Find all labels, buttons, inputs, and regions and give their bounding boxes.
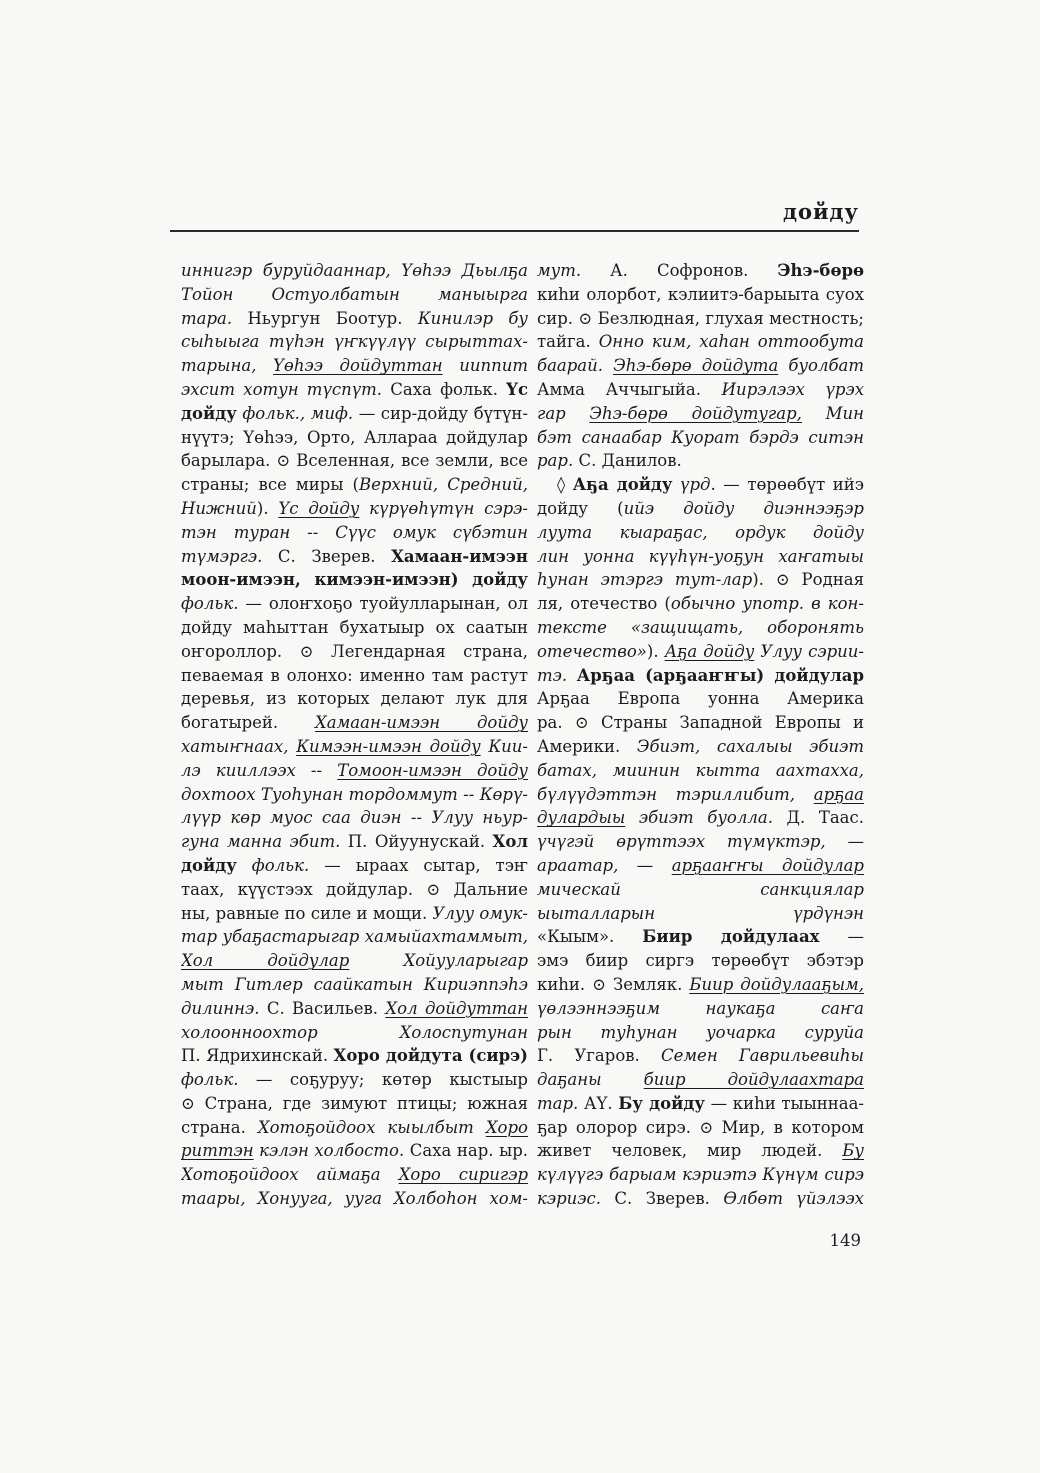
- cited-phrase: Хоро сиригэр: [399, 1165, 528, 1184]
- text-line: барылара. ⊙ Вселенная, все земли, все: [181, 449, 528, 473]
- text-segment: хатыҥнаах,: [181, 737, 296, 756]
- text-line: рын туһунан уочарка суруйа кэллим.: [537, 1021, 864, 1045]
- text-line: дойду (ийэ дойду диэннээҕэр туттул-: [537, 497, 864, 521]
- text-segment: П. Ядрихинскай.: [181, 1046, 334, 1065]
- text-segment: отечество»: [537, 642, 647, 661]
- text-line: ⊙ Страна, где зимуют птицы; южная: [181, 1092, 528, 1116]
- header-rule: [170, 230, 859, 232]
- text-line: дохтоох Туоһунан тордоммут -- Көрү-: [181, 783, 528, 807]
- text-segment: деревья, из которых делают лук для: [181, 689, 528, 708]
- text-line: тара. Ньургун Боотур. Кинилэр бу алаас: [181, 307, 528, 331]
- text-segment: П. Ойуунускай.: [340, 832, 492, 851]
- headword: Арҕаа (арҕааҥҥы) дойдулар: [577, 666, 864, 685]
- text-segment: тара.: [181, 309, 232, 328]
- text-segment: лүүр көр муос саа диэн -- Улуу ньур-: [181, 808, 528, 827]
- cited-phrase: Хол дойдулар: [181, 951, 349, 970]
- text-segment: певаемая в олонхо: именно там растут: [181, 666, 528, 685]
- text-line: таары, Хонууга, ууга Холбоһон хом-: [181, 1187, 528, 1211]
- text-line: батах, миинин кытта аахтахха, биэс: [537, 759, 864, 783]
- text-segment: күлүүгэ барыам кэриэтэ Күнүм сирэ: [537, 1165, 864, 1184]
- text-line: мут. А. Софронов. Эһэ-бөрө дойдута —: [537, 259, 864, 283]
- text-line: лин уонна күүһүн-уоҕун хаҥатыы ту-: [537, 545, 864, 569]
- text-line: эхсит хотун түспүт. Саха фольк. Үс: [181, 378, 528, 402]
- text-line: живет человек, мир людей. Бу дойдуга: [537, 1139, 864, 1163]
- text-segment: тар.: [537, 1094, 578, 1113]
- text-segment: Ньургун Боотур.: [232, 309, 418, 328]
- text-segment: «Кыым».: [537, 927, 642, 946]
- text-segment: барылара. ⊙ Вселенная, все земли, все: [181, 451, 528, 470]
- text-segment: киһи олорбот, кэлиитэ-барыыта суох түҥ: [537, 285, 864, 307]
- text-segment: Тойон Остуолбатын маныырга ыйбыт-: [181, 285, 528, 307]
- text-segment: — төрөөбүт ийэ: [716, 475, 864, 494]
- headword: Үс: [506, 380, 528, 399]
- text-line: һунан этэргэ тут-лар). ⊙ Родная зем-: [537, 568, 864, 592]
- text-line: мыт Гитлер саайкатын Кириэппэһэ кэр-: [181, 973, 528, 997]
- right-column: мут. А. Софронов. Эһэ-бөрө дойдута —киһи…: [537, 259, 864, 1211]
- text-segment: Хотоҕойдоох кыылбыт: [258, 1118, 486, 1137]
- text-segment: ).: [647, 642, 665, 661]
- text-segment: кэриэс.: [537, 1189, 601, 1208]
- text-line: тар убаҕастарыгар хамыйахтаммыт,: [181, 925, 528, 949]
- text-line: дилиннэ. С. Васильев. Хол дойдуттан: [181, 997, 528, 1021]
- text-segment: сир. ⊙ Безлюдная, глухая местность;: [537, 309, 864, 328]
- text-segment: обычно употр. в кон-: [671, 594, 864, 613]
- headword: Биир дойдулаах: [642, 927, 819, 946]
- headword: дойду: [181, 856, 237, 875]
- text-segment: А. Софронов.: [581, 261, 777, 280]
- text-segment: лэ кииллээх --: [181, 761, 337, 780]
- text-line: киһи олорбот, кэлиитэ-барыыта суох түҥ: [537, 283, 864, 307]
- text-line: Хотоҕойдоох аймаҕа Хоро сиригэр куо-: [181, 1163, 528, 1187]
- text-line: риттэн кэлэн холбосто. Саха нар. ыр. II.: [181, 1139, 528, 1163]
- text-segment: Онно ким, хаһан оттообута: [599, 332, 864, 351]
- text-segment: фольк.: [181, 1070, 238, 1089]
- cited-phrase: Эһэ-бөрө дойдутугар,: [589, 404, 802, 423]
- text-segment: С. Зверев.: [601, 1189, 723, 1208]
- text-line: дулардыы эбиэт буолла. Д. Таас. «Бу: [537, 806, 864, 830]
- text-segment: мическай санкциялар бэлиитикэлэрин: [537, 880, 864, 902]
- text-segment: тэн туран -- Сүүс омук сүбэтин: [181, 523, 528, 542]
- text-line: тэ. Арҕаа (арҕааҥҥы) дойдулар —: [537, 664, 864, 688]
- text-segment: Саха фольк.: [382, 380, 506, 399]
- text-line: рар. С. Данилов.: [537, 449, 864, 473]
- headword: Бу дойду: [618, 1094, 705, 1113]
- text-segment: страны; все миры (: [181, 475, 359, 494]
- text-line: мическай санкциялар бэлиитикэлэрин: [537, 878, 864, 902]
- text-segment: даҕаны: [537, 1070, 644, 1089]
- text-line: түмэргэ. С. Зверев. Хамаан-имээн (то-: [181, 545, 528, 569]
- text-segment: ра. ⊙ Страны Западной Европы и: [537, 713, 864, 732]
- text-line: гуна манна эбит. П. Ойуунускай. Хол: [181, 830, 528, 854]
- text-line: Хол дойдулар Хойууларыгар быһахтам-: [181, 949, 528, 973]
- text-line: сир. ⊙ Безлюдная, глухая местность;: [537, 307, 864, 331]
- text-line: ◊ Аҕа дойду үрд. — төрөөбүт ийэ: [537, 473, 864, 497]
- text-line: «Кыым». Биир дойдулаах — кимниин: [537, 925, 864, 949]
- text-line: тайга. Онно ким, хаһан оттообута: [537, 330, 864, 354]
- text-segment: мут.: [537, 261, 581, 280]
- text-segment: тар убаҕастарыгар хамыйахтаммыт,: [181, 927, 528, 946]
- text-segment: ◊: [557, 475, 573, 494]
- cited-phrase: Эһэ-бөрө дойдута: [613, 356, 778, 375]
- text-line: баарай. Эһэ-бөрө дойдута буолбат дуо?: [537, 354, 864, 378]
- text-segment: ны, равные по силе и мощи.: [181, 904, 433, 923]
- text-line: киһи. ⊙ Земляк. Биир дойдулааҕым,: [537, 973, 864, 997]
- text-line: луута кыараҕас, ордук дойду көмүскэ-: [537, 521, 864, 545]
- text-segment: сыһыыга түһэн үҥкүүлүү сырыттах-: [181, 332, 528, 351]
- text-line: холоонноохтор Холоспутунан бардылар.: [181, 1021, 528, 1045]
- text-line: тар. АҮ. Бу дойду — киһи тыыннаа-: [537, 1092, 864, 1116]
- text-line: лэ кииллээх -- Томоон-имээн дойду тор-: [181, 759, 528, 783]
- cited-phrase: биир дойдулаахтара: [644, 1070, 864, 1089]
- text-line: Арҕаа Европа уонна Америка дойдула-: [537, 687, 864, 711]
- text-segment: таары, Хонууга, ууга Холбоһон хом-: [181, 1189, 528, 1208]
- text-segment: араатар, —: [537, 856, 672, 875]
- cited-phrase: Хол дойдуттан: [385, 999, 528, 1018]
- text-segment: үчүгэй өрүттээх түмүктэр, — диэтэ: [537, 832, 864, 854]
- headword: Хоро дойдута (сирэ): [334, 1046, 528, 1065]
- running-head: дойду: [783, 199, 859, 224]
- text-segment: киһи. ⊙ Земляк.: [537, 975, 689, 994]
- text-segment: бүлүүдэттэн тэриллибит,: [537, 785, 814, 804]
- text-segment: иннигэр буруйдааннар, Үөһээ Дьылҕа: [181, 261, 528, 280]
- text-line: П. Ядрихинскай. Хоро дойдута (сирэ): [181, 1044, 528, 1068]
- text-segment: АҮ.: [578, 1094, 618, 1113]
- text-line: сыһыыга түһэн үҥкүүлүү сырыттах-: [181, 330, 528, 354]
- text-segment: тэ.: [537, 666, 567, 685]
- text-segment: мыт Гитлер саайкатын Кириэппэһэ кэр-: [181, 975, 528, 997]
- page-number: 149: [830, 1231, 862, 1250]
- text-line: певаемая в олонхо: именно там растут: [181, 664, 528, 688]
- cited-phrase: Томоон-имээн дойду: [337, 761, 528, 780]
- text-line: дойду фольк., миф. — сир-дойду бүтүн-: [181, 402, 528, 426]
- text-segment: нүүтэ; Үөһээ, Орто, Аллараа дойдулар: [181, 428, 528, 447]
- text-segment: түмэргэ.: [181, 547, 262, 566]
- text-segment: эбиэт буолла.: [625, 808, 773, 827]
- text-segment: тексте «защищать, оборонять страну,: [537, 618, 864, 640]
- text-segment: гуна манна эбит.: [181, 832, 340, 851]
- text-line: моон-имээн, кимээн-имээн) дойду: [181, 568, 528, 592]
- text-segment: ля, отечество (: [537, 594, 671, 613]
- text-segment: Улуу омук-: [433, 904, 528, 923]
- text-segment: С. Данилов.: [573, 451, 682, 470]
- text-segment: ҕар олорор сирэ. ⊙ Мир, в котором: [537, 1118, 864, 1137]
- text-segment: үрд.: [673, 475, 716, 494]
- headword: Хол: [493, 832, 528, 851]
- text-line: страна. Хотоҕойдоох кыылбыт Хоро си-: [181, 1116, 528, 1140]
- cited-phrase: Үөһээ дойдуттан: [273, 356, 443, 375]
- text-segment: — сир-дойду бүтүн-: [359, 404, 528, 423]
- text-line: лүүр көр муос саа диэн -- Улуу ньур-: [181, 806, 528, 830]
- text-segment: луута кыараҕас, ордук дойду көмүскэ-: [537, 523, 864, 545]
- text-segment: фольк., миф.: [237, 404, 359, 423]
- text-segment: [567, 666, 577, 685]
- text-segment: үөлээннээҕим наукаҕа саҥа арыйыыла-: [537, 999, 864, 1021]
- text-line: ны, равные по силе и мощи. Улуу омук-: [181, 902, 528, 926]
- text-line: Тойон Остуолбатын маныырга ыйбыт-: [181, 283, 528, 307]
- text-line: таах, күүстээх дойдулар. ⊙ Дальние стра-: [181, 878, 528, 902]
- text-line: тэн туран -- Сүүс омук сүбэтин: [181, 521, 528, 545]
- text-segment: ).: [257, 499, 278, 518]
- text-segment: С. Васильев.: [259, 999, 385, 1018]
- text-line: гар Эһэ-бөрө дойдутугар, Мин итэҕэй-: [537, 402, 864, 426]
- text-line: дойду фольк. — ыраах сытар, тэҥ кыах-: [181, 854, 528, 878]
- text-segment: гар: [537, 404, 589, 423]
- text-line: отечество»). Аҕа дойду Улуу сэрии-: [537, 640, 864, 664]
- text-segment: ⊙ Страна, где зимуют птицы; южная: [181, 1094, 528, 1113]
- text-line: хатыҥнаах, Кимээн-имээн дойду Кии-: [181, 735, 528, 759]
- cited-phrase: Биир дойдулааҕым,: [689, 975, 864, 994]
- text-line: деревья, из которых делают лук для: [181, 687, 528, 711]
- left-column: иннигэр буруйдааннар, Үөһээ ДьылҕаТойон …: [181, 259, 528, 1211]
- text-segment: страна.: [181, 1118, 258, 1137]
- text-segment: — олоҥхоҕо туойулларынан, ол: [238, 594, 528, 613]
- text-line: страны; все миры (Верхний, Средний,: [181, 473, 528, 497]
- text-line: дойду маһыттан бухатыыр ох саатын: [181, 616, 528, 640]
- text-segment: ыыталларын үрдүнэн ситиһиилэннэ».: [537, 904, 864, 926]
- text-segment: эмэ биир сиргэ төрөөбүт эбэтэр олорор: [537, 951, 864, 973]
- text-segment: таах, күүстээх дойдулар. ⊙ Дальние стра-: [181, 880, 528, 902]
- text-segment: С. Зверев.: [262, 547, 391, 566]
- cited-phrase: риттэн: [181, 1141, 254, 1160]
- headword: Аҕа дойду: [573, 475, 673, 494]
- text-segment: — киһи тыыннаа-: [705, 1094, 864, 1113]
- text-line: тарына, Үөһээ дойдуттан ииппит Иэй-: [181, 354, 528, 378]
- text-line: бүлүүдэттэн тэриллибит, арҕаа дой-: [537, 783, 864, 807]
- text-segment: һунан этэргэ тут-лар: [537, 570, 752, 589]
- text-segment: богатырей.: [181, 713, 315, 732]
- text-line: араатар, — арҕааҥҥы дойдулар эконо-: [537, 854, 864, 878]
- text-line: ыыталларын үрдүнэн ситиһиилэннэ».: [537, 902, 864, 926]
- text-segment: дохтоох Туоһунан тордоммут -- Көрү-: [181, 785, 528, 804]
- text-line: нүүтэ; Үөһээ, Орто, Аллараа дойдулар: [181, 426, 528, 450]
- text-segment: дойду маһыттан бухатыыр ох саатын: [181, 618, 528, 637]
- text-line: эмэ биир сиргэ төрөөбүт эбэтэр олорор: [537, 949, 864, 973]
- text-segment: тайга.: [537, 332, 599, 351]
- cited-phrase: Хамаан-имээн дойду: [315, 713, 528, 732]
- cited-phrase: Аҕа дойду: [665, 642, 755, 661]
- text-segment: Д. Таас.: [773, 808, 864, 827]
- text-segment: эхсит хотун түспүт.: [181, 380, 382, 399]
- dictionary-page: дойду иннигэр буруйдааннар, Үөһээ Дьылҕа…: [0, 0, 1040, 1473]
- text-segment: Америки.: [537, 737, 637, 756]
- text-line: оҥороллор. ⊙ Легендарная страна, вос-: [181, 640, 528, 664]
- text-line: кэриэс. С. Зверев. Өлбөт үйэлээх айылҕа: [537, 1187, 864, 1211]
- text-segment: Арҕаа Европа уонна Америка дойдула-: [537, 689, 864, 711]
- text-line: иннигэр буруйдааннар, Үөһээ Дьылҕа: [181, 259, 528, 283]
- text-line: тексте «защищать, оборонять страну,: [537, 616, 864, 640]
- text-segment: бэт санаабар Куорат бэрдэ ситэн ту-: [537, 428, 864, 450]
- text-segment: кэлэн холбосто.: [254, 1141, 405, 1160]
- text-line: ра. ⊙ Страны Западной Европы и: [537, 711, 864, 735]
- text-segment: дилиннэ.: [181, 999, 259, 1018]
- text-segment: оҥороллор. ⊙ Легендарная страна, вос-: [181, 642, 528, 664]
- text-line: фольк. — соҕуруу; көтөр кыстыыр сирэ.: [181, 1068, 528, 1092]
- text-segment: Хотоҕойдоох аймаҕа: [181, 1165, 399, 1184]
- text-line: күлүүгэ барыам кэриэтэ Күнүм сирэ: [537, 1163, 864, 1187]
- text-segment: батах, миинин кытта аахтахха, биэс: [537, 761, 864, 783]
- text-line: Нижний). Үс дойду күрүөһүтүн сэрэ-: [181, 497, 528, 521]
- headword: моон-имээн, кимээн-имээн) дойду: [181, 570, 528, 589]
- cited-phrase: арҕааҥҥы дойдулар: [672, 856, 864, 875]
- text-line: Америки. Эбиэт, сахалыы эбиэт буол-: [537, 735, 864, 759]
- text-line: бэт санаабар Куорат бэрдэ ситэн ту-: [537, 426, 864, 450]
- text-segment: рар.: [537, 451, 573, 470]
- text-segment: живет человек, мир людей.: [537, 1141, 842, 1160]
- text-segment: Нижний: [181, 499, 257, 518]
- text-segment: Г. Угаров.: [537, 1046, 661, 1065]
- text-segment: баарай.: [537, 356, 613, 375]
- text-segment: фольк.: [181, 594, 238, 613]
- text-line: даҕаны биир дойдулаахтара умнубат-: [537, 1068, 864, 1092]
- text-segment: Улуу сэрии-: [754, 642, 864, 661]
- text-line: Г. Угаров. Семен Гаврильевиһы билигин: [537, 1044, 864, 1068]
- text-line: Амма Аччыгыйа. Иирэлээх үрэх баһы-: [537, 378, 864, 402]
- cited-phrase: Үс дойду: [278, 499, 359, 518]
- text-segment: лин уонна күүһүн-уоҕун хаҥатыы ту-: [537, 547, 864, 569]
- headword: дойду: [181, 404, 237, 423]
- text-line: ҕар олорор сирэ. ⊙ Мир, в котором: [537, 1116, 864, 1140]
- text-segment: күрүөһүтүн сэрэ-: [359, 499, 528, 518]
- text-segment: холоонноохтор Холоспутунан бардылар.: [181, 1023, 528, 1045]
- text-segment: Верхний, Средний,: [359, 475, 528, 494]
- text-segment: фольк.: [237, 856, 309, 875]
- text-segment: Амма Аччыгыйа.: [537, 380, 722, 399]
- text-line: фольк. — олоҥхоҕо туойулларынан, ол: [181, 592, 528, 616]
- cited-phrase: дулардыы: [537, 808, 625, 827]
- text-segment: тарына,: [181, 356, 273, 375]
- text-line: үчүгэй өрүттээх түмүктэр, — диэтэ: [537, 830, 864, 854]
- text-segment: рын туһунан уочарка суруйа кэллим.: [537, 1023, 864, 1045]
- cited-phrase: Кимээн-имээн дойду: [296, 737, 480, 756]
- text-line: үөлээннээҕим наукаҕа саҥа арыйыыла-: [537, 997, 864, 1021]
- text-segment: Кии-: [481, 737, 528, 756]
- text-line: ля, отечество (обычно употр. в кон-: [537, 592, 864, 616]
- text-line: богатырей. Хамаан-имээн дойду Хатыҥа: [181, 711, 528, 735]
- text-segment: дойду (: [537, 499, 624, 518]
